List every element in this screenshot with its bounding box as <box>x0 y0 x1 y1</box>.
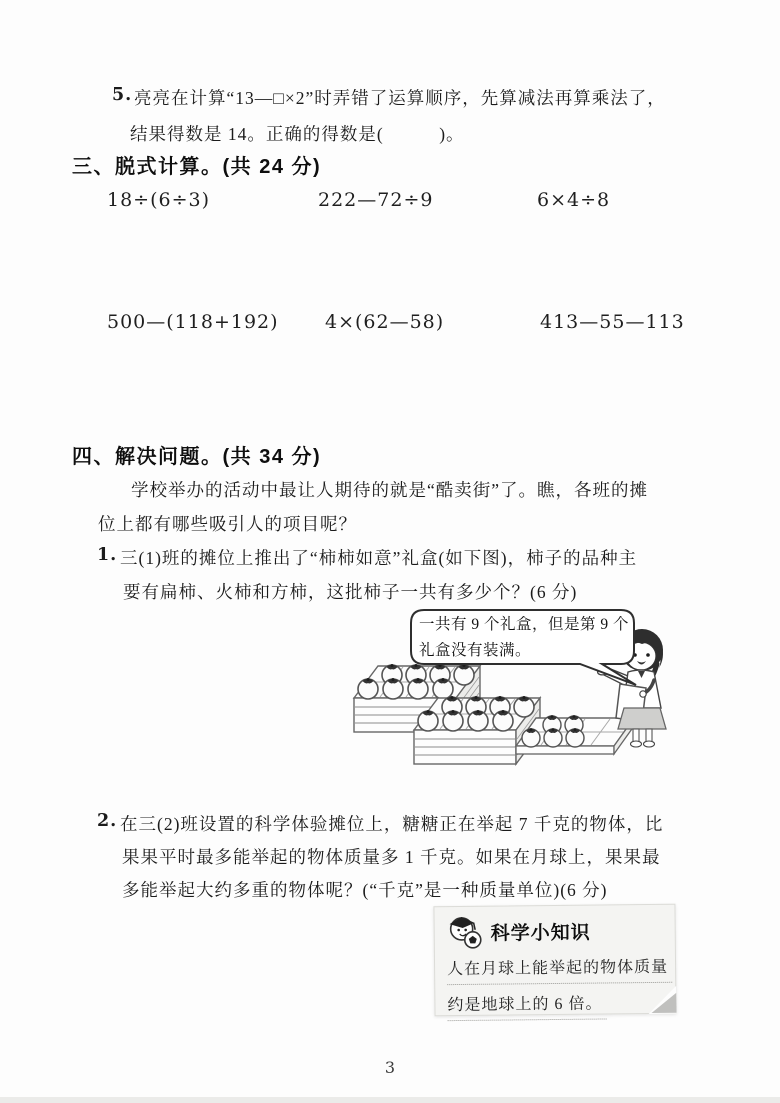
question-5-number: 5. <box>112 85 132 105</box>
question-5-line1: 亮亮在计算“13—□×2”时弄错了运算顺序，先算减法再算乘法了， <box>134 85 666 110</box>
question-1-line1: 三(1)班的摊位上推出了“柿柿如意”礼盒(如下图)，柿子的品种主 <box>120 545 637 570</box>
calc-expression-5: 4×(62—58) <box>325 311 444 333</box>
section-4-intro-line2: 位上都有哪些吸引人的项目呢？ <box>98 511 357 536</box>
science-note-header: 科学小知识 <box>447 913 663 949</box>
section-4-intro-line1: 学校举办的活动中最让人期待的就是“酷卖街”了。瞧，各班的摊 <box>131 477 648 502</box>
science-note-line1: 人在月球上能举起的物体质量 <box>447 951 672 985</box>
page-edge <box>0 1097 780 1103</box>
question-1-number: 1. <box>97 545 117 565</box>
partial-tray <box>516 715 634 754</box>
speech-bubble-line2: 礼盒没有装满。 <box>419 638 634 664</box>
calc-expression-4: 500—(118+192) <box>107 311 279 333</box>
mascot-icon <box>447 914 485 950</box>
question-5-line2: 结果得数是 14。正确的得数是( )。 <box>130 121 465 146</box>
page-number: 3 <box>0 1058 780 1077</box>
worksheet-page: 5. 亮亮在计算“13—□×2”时弄错了运算顺序，先算减法再算乘法了， 结果得数… <box>0 0 780 1103</box>
speech-bubble-line1: 一共有 9 个礼盒，但是第 9 个 <box>419 612 634 638</box>
question-2-line2: 果果平时最多能举起的物体质量多 1 千克。如果在月球上，果果最 <box>122 844 661 869</box>
folded-corner-icon <box>648 986 676 1014</box>
calc-expression-3: 6×4÷8 <box>537 189 610 211</box>
question-2-number: 2. <box>97 811 117 831</box>
calc-expression-2: 222—72÷9 <box>318 189 433 211</box>
section-4-heading: 四、解决问题。(共 34 分) <box>72 440 321 469</box>
science-note: 科学小知识 人在月球上能举起的物体质量 约是地球上的 6 倍。 <box>433 904 676 1017</box>
section-3-heading: 三、脱式计算。(共 24 分) <box>72 150 321 179</box>
science-note-line2: 约是地球上的 6 倍。 <box>447 987 606 1021</box>
speech-bubble-text: 一共有 9 个礼盒，但是第 9 个 礼盒没有装满。 <box>419 612 634 664</box>
calc-expression-6: 413—55—113 <box>540 311 685 333</box>
question-2-line1: 在三(2)班设置的科学体验摊位上，糖糖正在举起 7 千克的物体，比 <box>120 811 663 836</box>
calc-expression-1: 18÷(6÷3) <box>107 189 210 211</box>
question-2-line3: 多能举起大约多重的物体呢？(“千克”是一种质量单位)(6 分) <box>122 877 607 902</box>
science-note-title: 科学小知识 <box>491 917 591 945</box>
